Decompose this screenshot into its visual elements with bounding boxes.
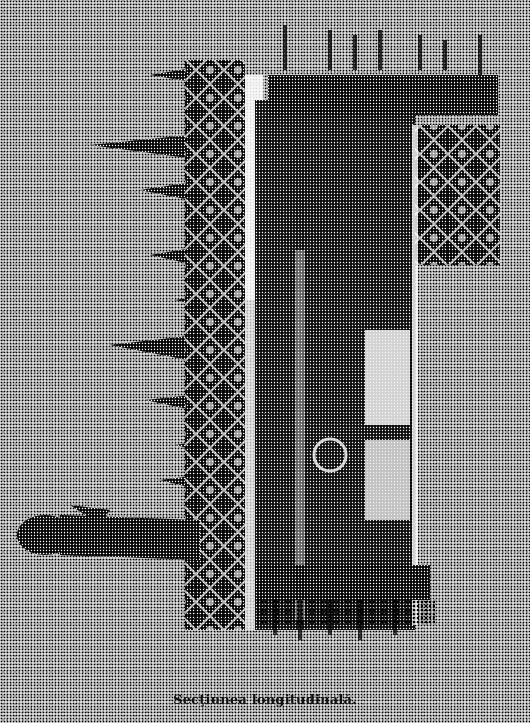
- scanned-page: Secţiunea longitudinală.: [0, 0, 530, 723]
- church-section-illustration: [0, 0, 530, 680]
- bell-tower-spire: [17, 505, 200, 560]
- apse-block: [255, 565, 430, 600]
- figure-caption: Secţiunea longitudinală.: [0, 693, 530, 708]
- ground-base: [255, 600, 435, 625]
- top-spires: [285, 25, 480, 75]
- section-drawing: [0, 0, 530, 680]
- side-chapel-window: [415, 125, 500, 265]
